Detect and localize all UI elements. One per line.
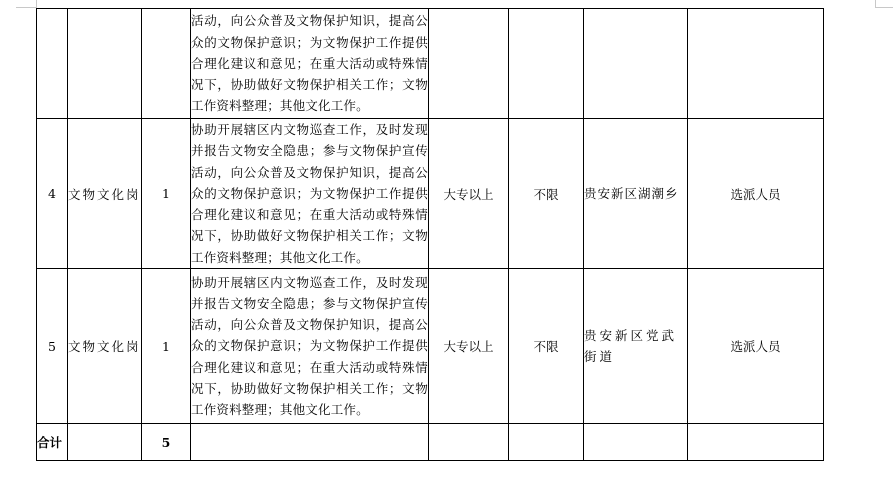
major-requirement: 不限	[509, 119, 584, 269]
position-count: 1	[142, 119, 191, 269]
education-requirement	[429, 9, 509, 119]
total-education-empty	[429, 424, 509, 461]
remark: 选派人员	[688, 269, 824, 424]
position-name: 文物文化岗	[68, 269, 142, 424]
total-remark-empty	[688, 424, 824, 461]
total-row: 合计 5	[37, 424, 824, 461]
total-count: 5	[142, 424, 191, 461]
job-description: 协助开展辖区内文物巡查工作，及时发现并报告文物安全隐患；参与文物保护宣传活动，向…	[191, 269, 429, 424]
job-description: 活动，向公众普及文物保护知识，提高公众的文物保护意识；为文物保护工作提供合理化建…	[191, 9, 429, 119]
row-index: 5	[37, 269, 68, 424]
table-row: 4 文物文化岗 1 协助开展辖区内文物巡查工作，及时发现并报告文物安全隐患；参与…	[37, 119, 824, 269]
total-label: 合计	[37, 424, 68, 461]
position-table: 活动，向公众普及文物保护知识，提高公众的文物保护意识；为文物保护工作提供合理化建…	[36, 8, 824, 461]
position-name: 文物文化岗	[68, 119, 142, 269]
remark: 选派人员	[688, 119, 824, 269]
crop-mark-top-right-vertical	[875, 0, 876, 8]
education-requirement: 大专以上	[429, 269, 509, 424]
crop-mark-top-left-vertical	[36, 0, 37, 8]
total-description-empty	[191, 424, 429, 461]
crop-mark-top-right-horizontal	[875, 7, 893, 8]
major-requirement	[509, 9, 584, 119]
work-location: 贵安新区党武街道	[584, 269, 688, 424]
job-description: 协助开展辖区内文物巡查工作，及时发现并报告文物安全隐患；参与文物保护宣传活动，向…	[191, 119, 429, 269]
crop-mark-top-left-horizontal	[16, 7, 36, 8]
row-index	[37, 9, 68, 119]
work-location	[584, 9, 688, 119]
education-requirement: 大专以上	[429, 119, 509, 269]
remark	[688, 9, 824, 119]
total-major-empty	[509, 424, 584, 461]
total-position-empty	[68, 424, 142, 461]
table-row: 5 文物文化岗 1 协助开展辖区内文物巡查工作，及时发现并报告文物安全隐患；参与…	[37, 269, 824, 424]
position-count: 1	[142, 269, 191, 424]
position-name	[68, 9, 142, 119]
row-index: 4	[37, 119, 68, 269]
major-requirement: 不限	[509, 269, 584, 424]
position-count	[142, 9, 191, 119]
total-location-empty	[584, 424, 688, 461]
work-location: 贵安新区湖潮乡	[584, 119, 688, 269]
table-row: 活动，向公众普及文物保护知识，提高公众的文物保护意识；为文物保护工作提供合理化建…	[37, 9, 824, 119]
